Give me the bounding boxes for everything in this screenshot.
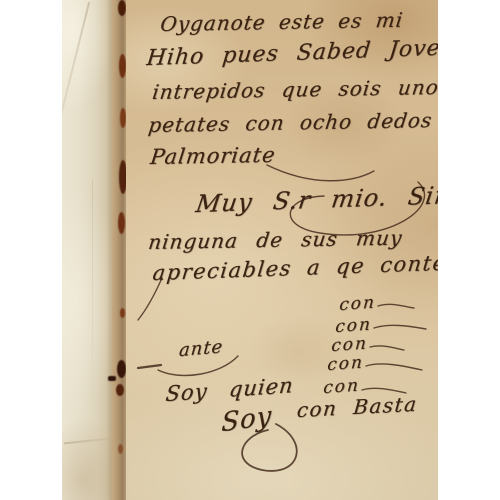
handwriting-ante: ante [178, 336, 224, 361]
paper-fold-line [62, 2, 90, 148]
manuscript-photo: Oyganote este es mi Hiho pues Sabed Jove… [62, 0, 438, 500]
handwriting-line-1: Oyganote este es mi [159, 8, 405, 36]
white-margin-left [0, 0, 62, 500]
paper-fold-line [64, 438, 110, 445]
ink-stain [118, 444, 123, 454]
ink-speck [108, 376, 116, 381]
handwriting-line-7: ninguna de sus muy [147, 226, 404, 254]
ink-stain [118, 0, 126, 16]
ink-stain [118, 212, 125, 234]
white-margin-right [438, 0, 500, 500]
paper-fold-line [92, 180, 93, 400]
handwriting-line-4: petates con ocho dedos de [147, 107, 438, 137]
handwriting-line-5: Palmoriate [149, 143, 277, 169]
ink-stain [120, 308, 125, 318]
screenshot-canvas: Oyganote este es mi Hiho pues Sabed Jove… [0, 0, 500, 500]
ink-stain [119, 54, 126, 78]
handwriting-line-3: intrepidos que sois unos [151, 75, 438, 104]
handwriting-con-4: con [327, 352, 365, 375]
facing-page-edge [62, 0, 112, 500]
ink-stain [116, 384, 124, 396]
ink-stain [117, 360, 126, 378]
handwriting-con-1: con [339, 292, 377, 315]
